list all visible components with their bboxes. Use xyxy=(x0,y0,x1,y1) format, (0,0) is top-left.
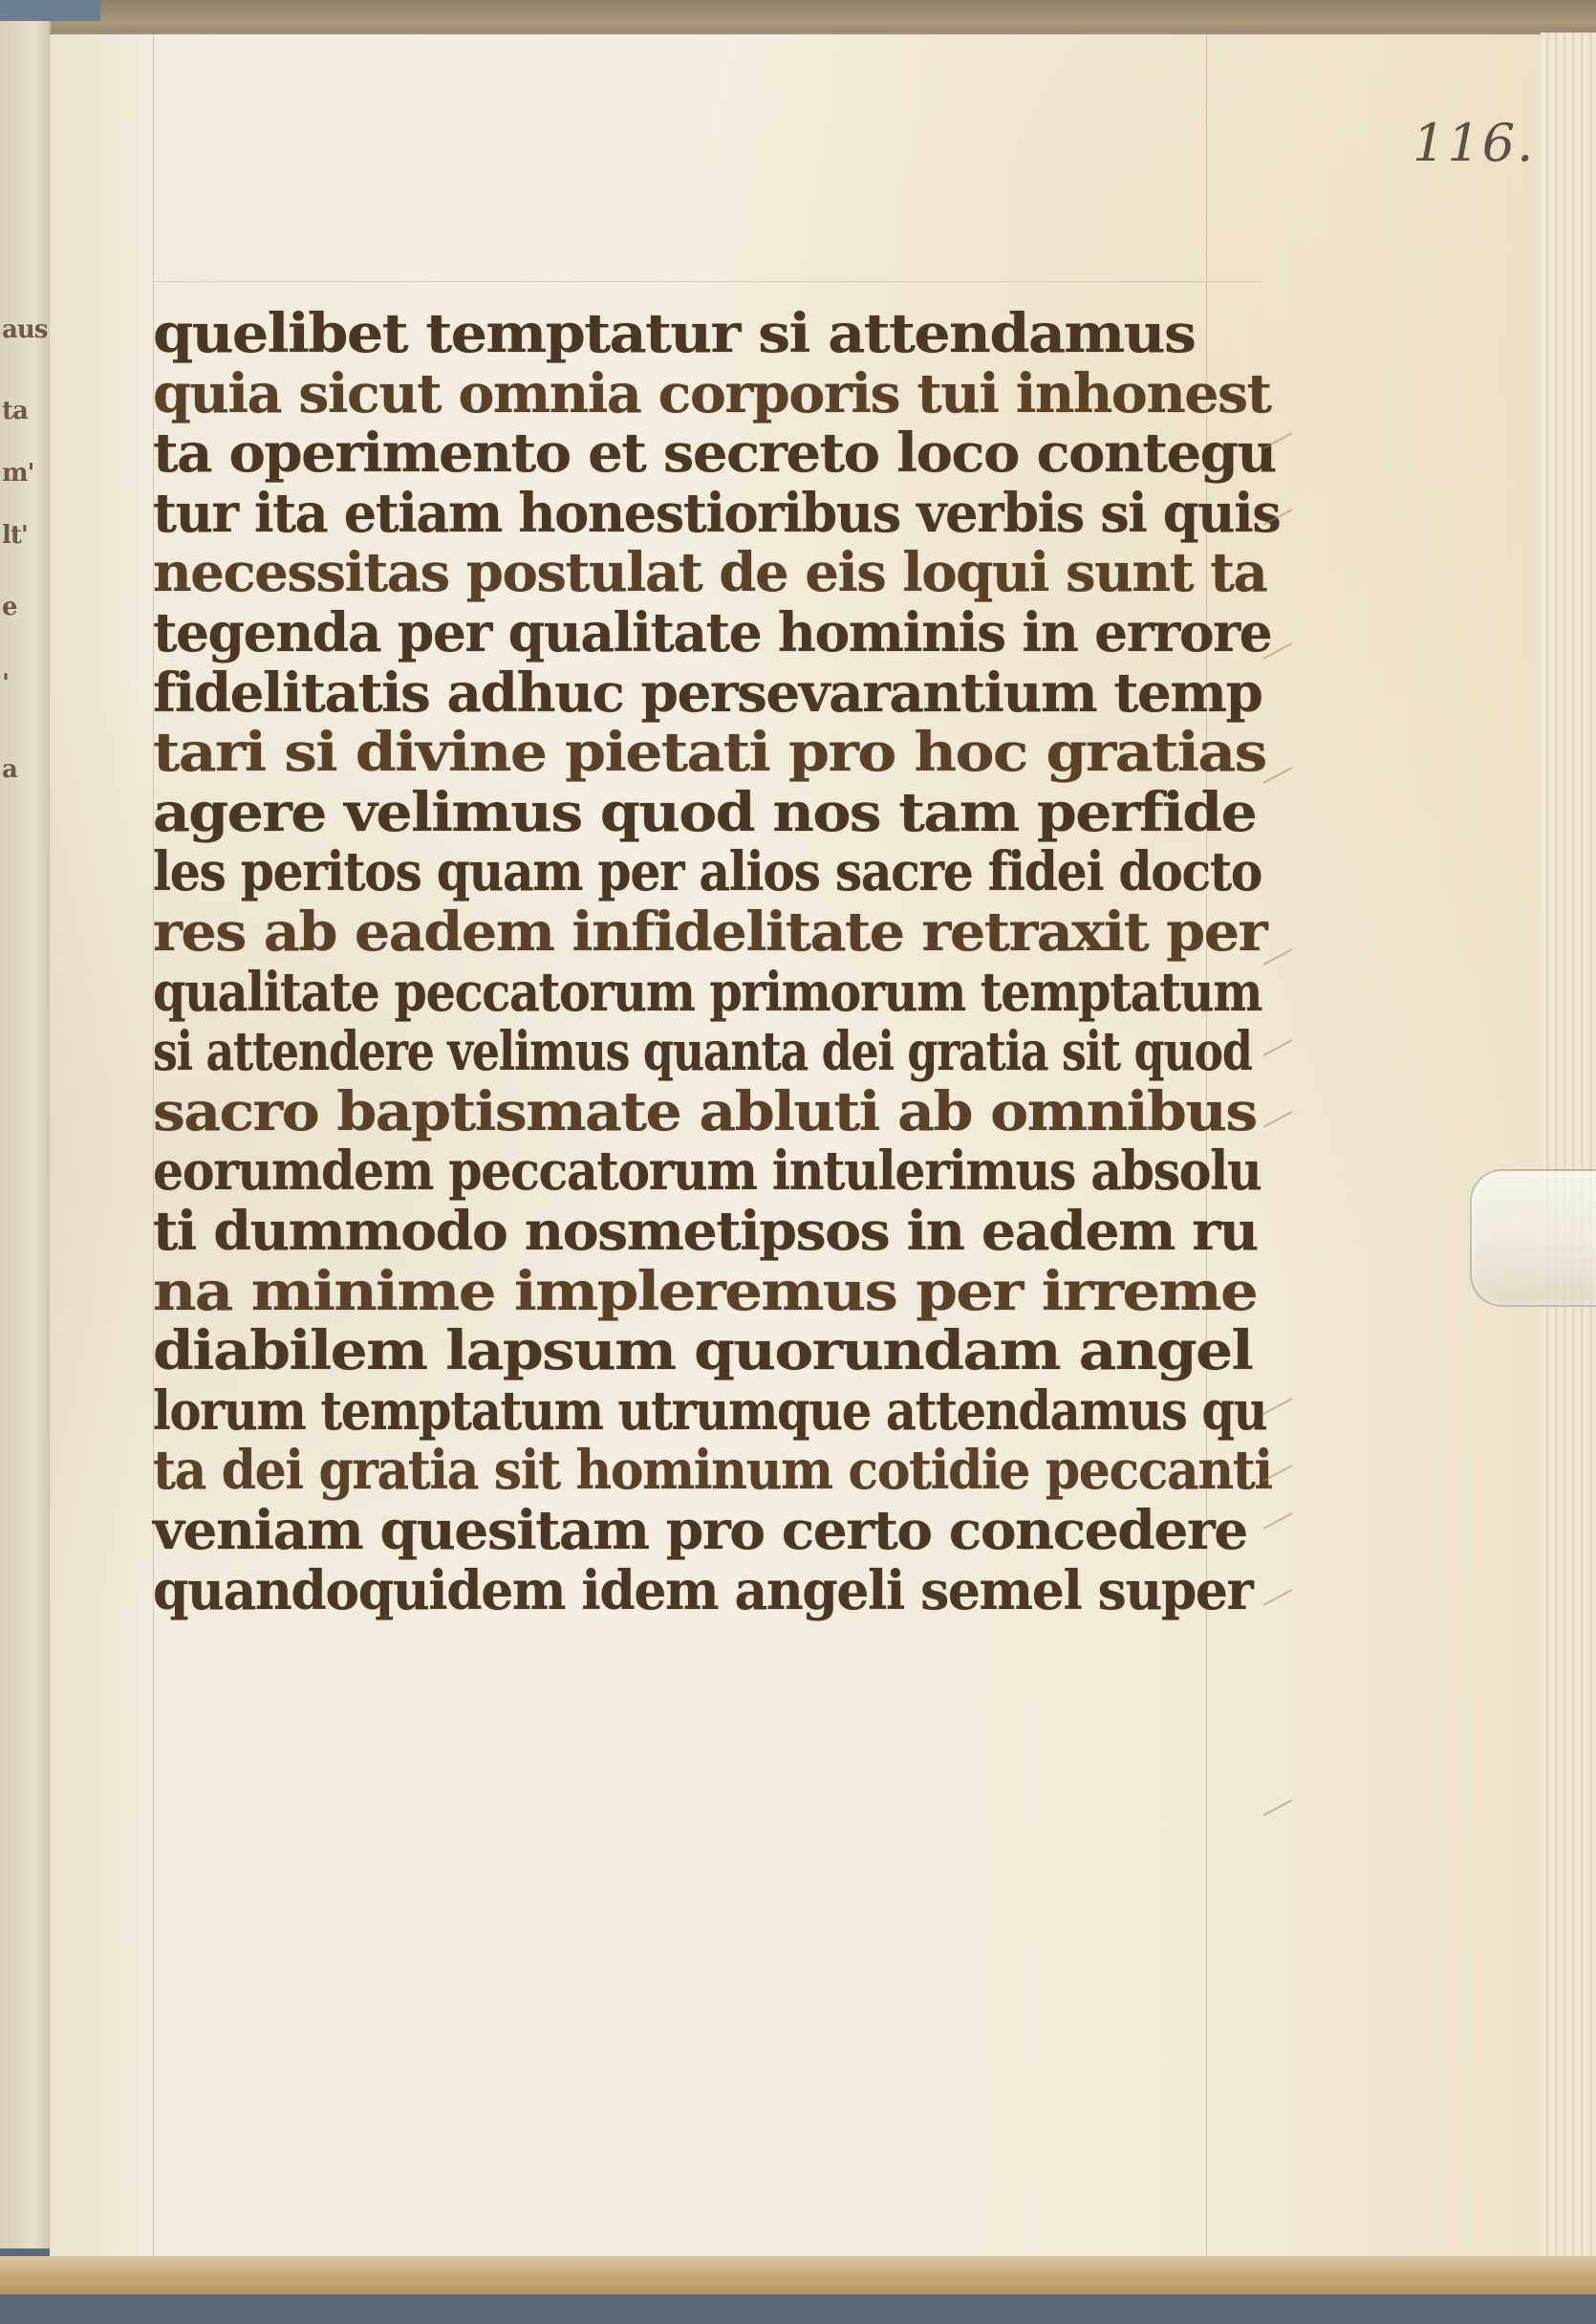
left-page-text-fragment: ' xyxy=(2,669,9,698)
manuscript-line: tur ita etiam honestioribus verbis si qu… xyxy=(153,484,1280,543)
manuscript-line: ti dummodo nosmetipsos in eadem ru xyxy=(153,1202,1258,1261)
manuscript-line: fidelitatis adhuc persevarantium temp xyxy=(153,663,1262,723)
left-page-text-fragment: m' xyxy=(2,459,33,488)
left-page-text-fragment: e xyxy=(2,593,17,621)
manuscript-line: qualitate peccatorum primorum temptatum xyxy=(153,963,1262,1022)
manuscript-line: diabilem lapsum quorundam angel xyxy=(153,1321,1252,1380)
manuscript-line: lorum temptatum utrumque attendamus qu xyxy=(153,1381,1266,1441)
manuscript-line: ta dei gratia sit hominum cotidie peccan… xyxy=(153,1441,1272,1500)
manuscript-line: quia sicut omnia corporis tui inhonest xyxy=(153,364,1270,424)
manuscript-line: les peritos quam per alios sacre fidei d… xyxy=(153,842,1262,901)
manuscript-line: sacro baptismate abluti ab omnibus xyxy=(153,1082,1257,1141)
manuscript-line: quandoquidem idem angeli semel super xyxy=(153,1561,1252,1620)
manuscript-line: si attendere velimus quanta dei gratia s… xyxy=(153,1022,1252,1081)
binding-bottom-edge xyxy=(0,2256,1596,2294)
left-page-text-fragment: a xyxy=(2,755,17,784)
manuscript-line: na minime impleremus per irreme xyxy=(153,1262,1257,1321)
background-cloth xyxy=(0,0,100,21)
left-facing-page: austam'lt'e'a xyxy=(0,21,52,2248)
manuscript-line: tari si divine pietati pro hoc gratias xyxy=(153,723,1266,782)
manuscript-line: agere velimus quod nos tam perfide xyxy=(153,783,1256,842)
manuscript-line: veniam quesitam pro certo concedere xyxy=(153,1501,1247,1560)
page-clip xyxy=(1470,1169,1596,1307)
manuscript-line: quelibet temptatur si attendamus xyxy=(153,304,1195,363)
folio-number: 116. xyxy=(1413,113,1535,173)
manuscript-line: tegenda per qualitate hominis in errore xyxy=(153,603,1271,662)
fore-edge-page-stack xyxy=(1541,33,1596,2256)
left-page-text-fragment: aus xyxy=(2,315,47,344)
left-page-text-fragment: lt' xyxy=(2,521,28,550)
left-page-text-fragment: ta xyxy=(2,397,28,425)
manuscript-line: necessitas postulat de eis loqui sunt ta xyxy=(153,543,1266,602)
background-surface xyxy=(0,2294,1596,2324)
ruling-line-top xyxy=(153,281,1262,282)
manuscript-line: res ab eadem infidelitate retraxit per xyxy=(153,902,1266,962)
manuscript-line: ta operimento et secreto loco contegu xyxy=(153,424,1276,483)
manuscript-line: eorumdem peccatorum intulerimus absolu xyxy=(153,1141,1261,1201)
